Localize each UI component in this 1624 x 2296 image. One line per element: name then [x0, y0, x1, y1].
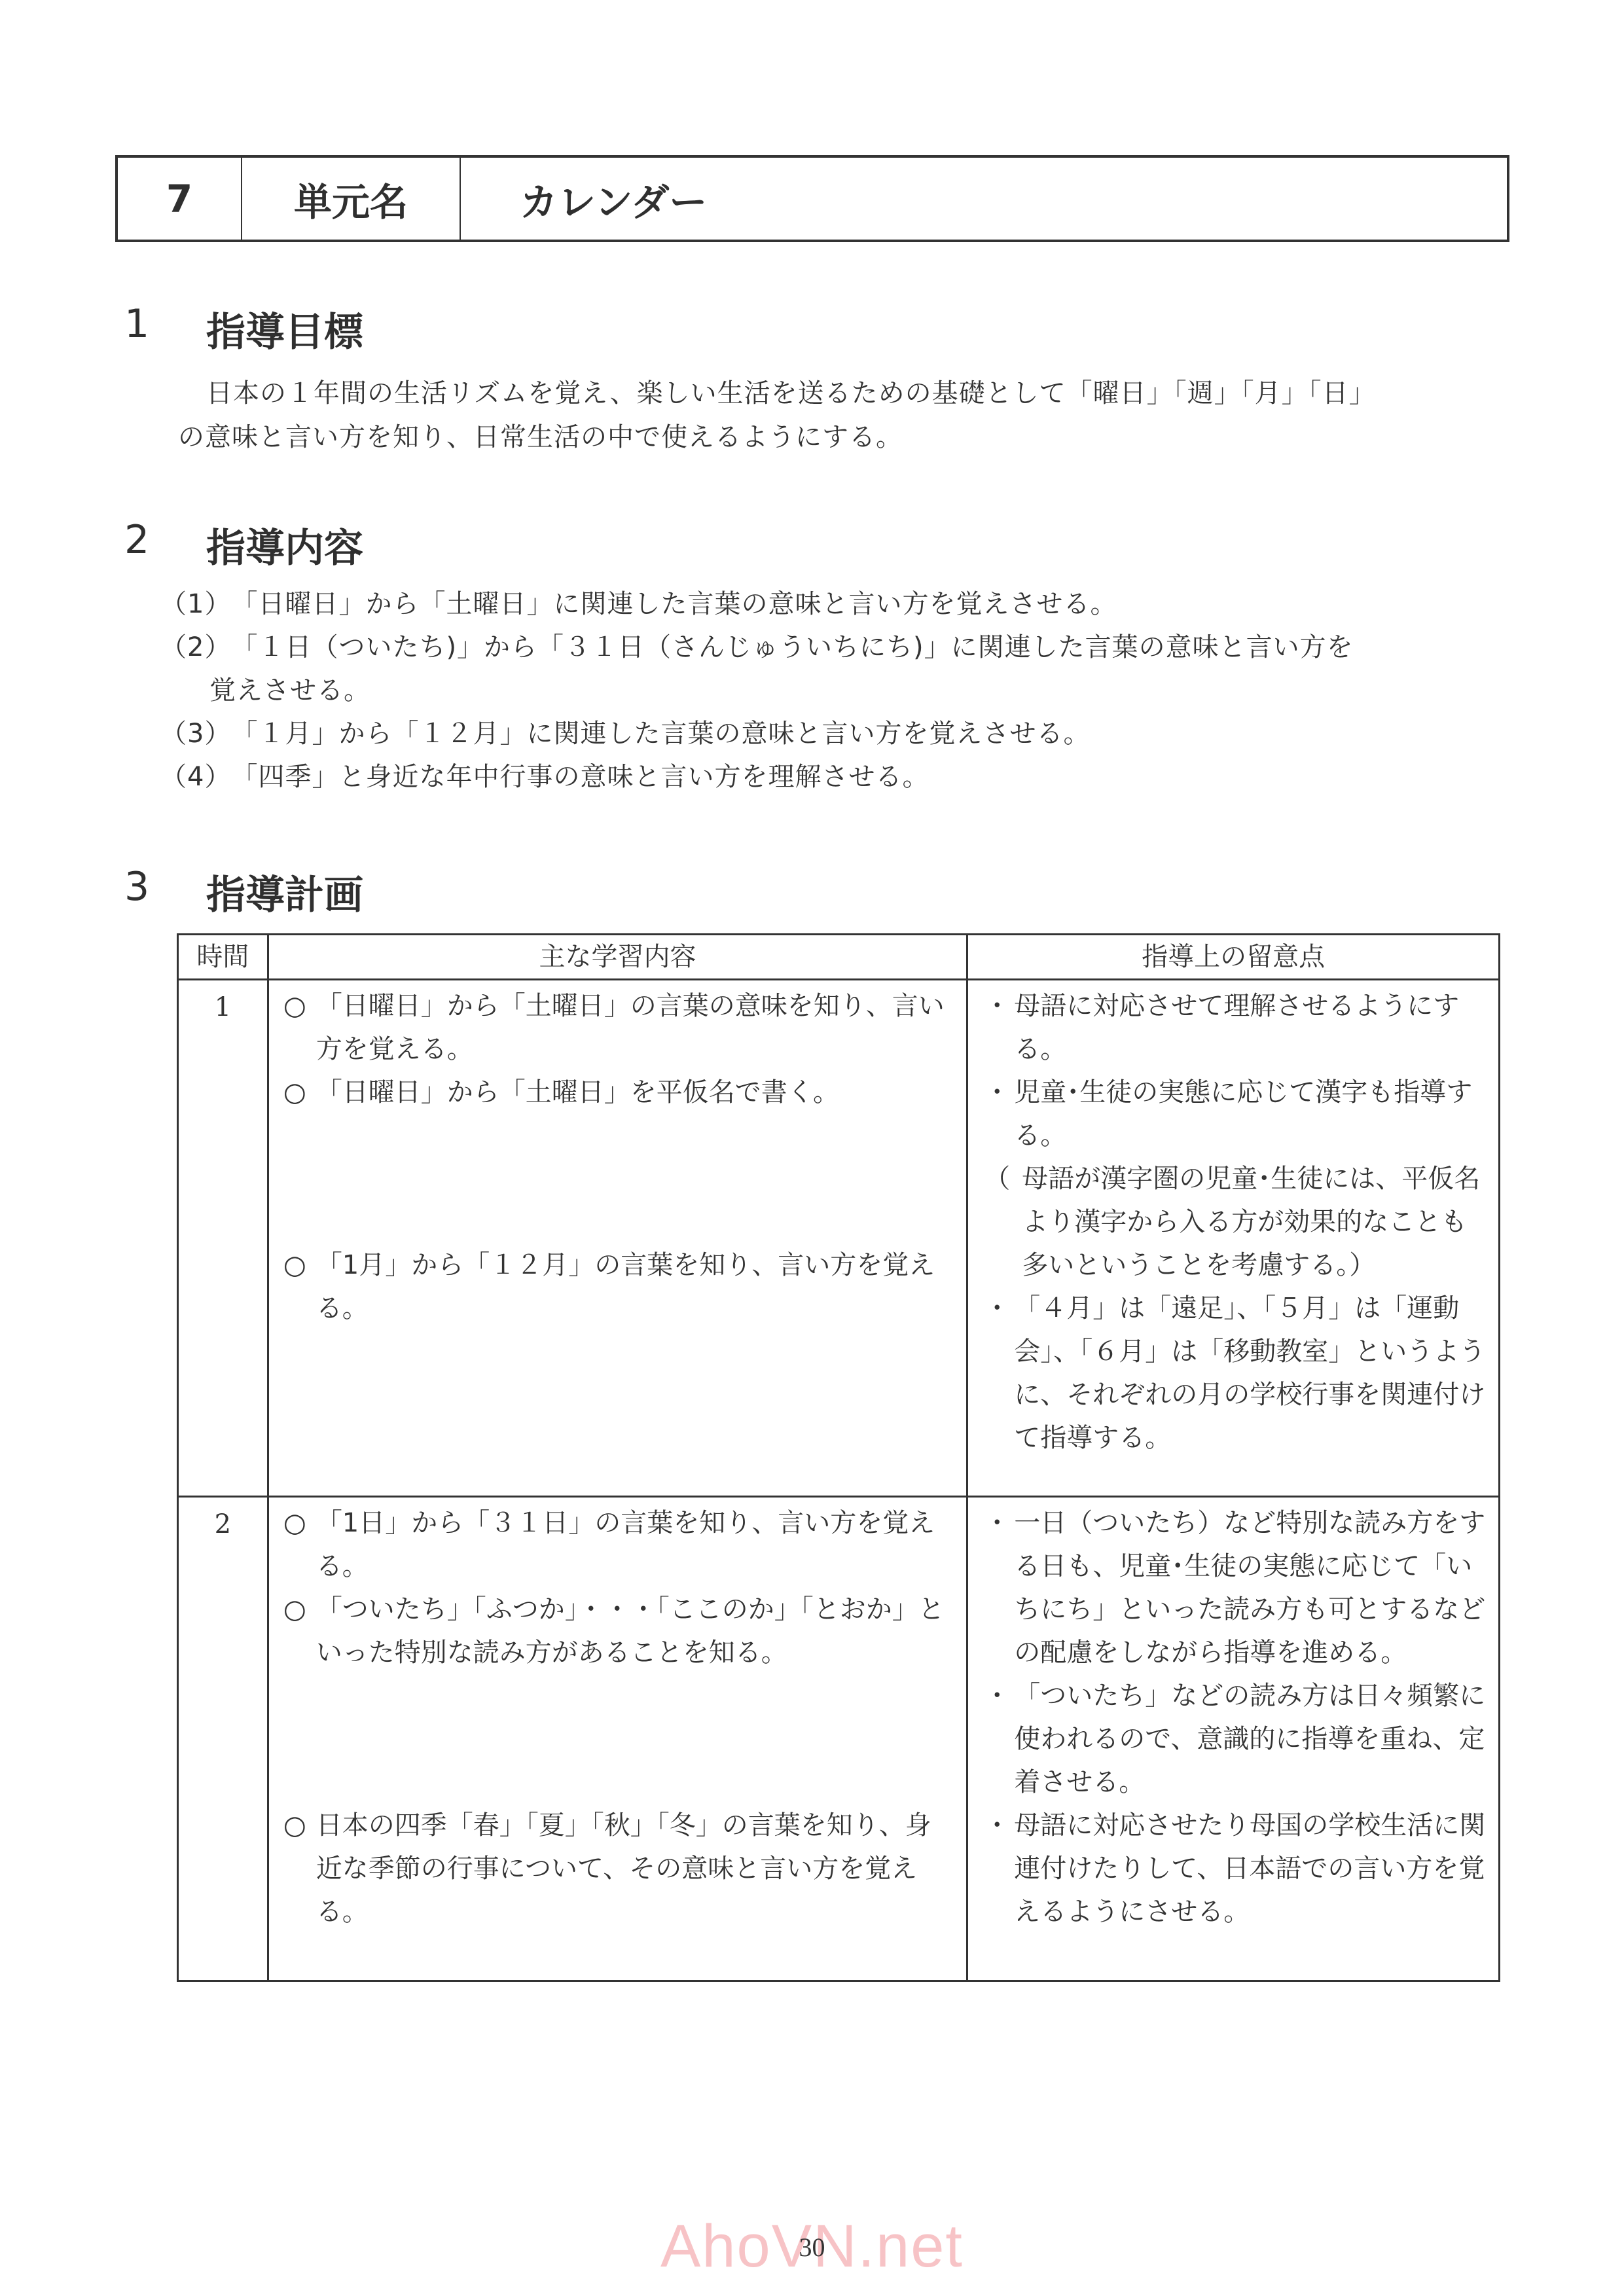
- content-cell: ○ 「1日」から「３１日」の言葉を知り、言い方を覚える。 ○ 「ついたち」「ふつ…: [268, 1497, 967, 1981]
- content-entry: ○ 「日曜日」から「土曜日」を平仮名で書く。: [283, 1071, 957, 1114]
- column-header-content: 主な学習内容: [268, 935, 967, 980]
- note-entry: ・ 児童･生徒の実態に応じて漢字も指導する。: [984, 1071, 1489, 1157]
- item-label: （4）: [160, 755, 231, 798]
- entry-text: 一日（ついたち）など特別な読み方をする日も、児童･生徒の実態に応じて「いちにち」…: [1014, 1501, 1489, 1674]
- section-title: 指導計画: [206, 864, 363, 920]
- section-heading-goals: 1 指導目標: [124, 301, 363, 357]
- column-header-notes: 指導上の留意点: [967, 935, 1500, 980]
- entry-text: 母語が漢字圏の児童･生徒には、平仮名より漢字から入る方が効果的なことも多いという…: [1014, 1157, 1489, 1287]
- circle-bullet-icon: ○: [283, 1588, 316, 1674]
- bullet-dot-icon: ・: [984, 984, 1014, 1071]
- entry-text: 「日曜日」から「土曜日」の言葉の意味を知り、言い方を覚える。: [316, 984, 957, 1071]
- note-entry: ・ 母語に対応させたり母国の学校生活に関連付けたりして、日本語での言い方を覚える…: [984, 1804, 1489, 1933]
- entry-text: 日本の四季「春」「夏」「秋」「冬」の言葉を知り、身近な季節の行事について、その意…: [316, 1804, 957, 1933]
- section-number: 3: [124, 864, 206, 920]
- entry-text: 「４月」は「遠足」、「５月」は「運動会」、「６月」は「移動教室」というように、そ…: [1014, 1287, 1489, 1460]
- content-entry: ○ 「日曜日」から「土曜日」の言葉の意味を知り、言い方を覚える。: [283, 984, 957, 1071]
- section-number: 1: [124, 301, 206, 357]
- item-text: 「１日（ついたち)」から「３１日（さんじゅういちにち)」に関連した言葉の意味と言…: [231, 626, 1515, 669]
- entry-text: 「1日」から「３１日」の言葉を知り、言い方を覚える。: [316, 1501, 957, 1588]
- item-label: （1）: [160, 583, 231, 626]
- item-text: 「１月」から「１２月」に関連した言葉の意味と言い方を覚えさせる。: [231, 712, 1515, 755]
- section-title: 指導内容: [206, 517, 363, 573]
- notes-cell: ・ 母語に対応させて理解させるようにする。 ・ 児童･生徒の実態に応じて漢字も指…: [967, 980, 1500, 1497]
- item-label: （3）: [160, 712, 231, 755]
- item-text: 「日曜日」から「土曜日」に関連した言葉の意味と言い方を覚えさせる。: [231, 583, 1515, 626]
- open-paren: （: [984, 1157, 1014, 1287]
- bullet-dot-icon: ・: [984, 1804, 1014, 1933]
- bullet-dot-icon: ・: [984, 1674, 1014, 1804]
- bullet-dot-icon: ・: [984, 1287, 1014, 1460]
- table-header-row: 時間 主な学習内容 指導上の留意点: [178, 935, 1500, 980]
- unit-name-label: 単元名: [242, 158, 461, 240]
- entry-text: 母語に対応させて理解させるようにする。: [1014, 984, 1489, 1071]
- unit-title: カレンダー: [461, 158, 1507, 240]
- bullet-dot-icon: ・: [984, 1071, 1014, 1157]
- section-number: 2: [124, 517, 206, 573]
- note-entry: ・ 一日（ついたち）など特別な読み方をする日も、児童･生徒の実態に応じて「いちに…: [984, 1501, 1489, 1674]
- entry-text: 児童･生徒の実態に応じて漢字も指導する。: [1014, 1071, 1489, 1157]
- content-entry: ○ 「ついたち」「ふつか」・・・「ここのか」「とおか」といった特別な読み方がある…: [283, 1588, 957, 1674]
- list-item: （3） 「１月」から「１２月」に関連した言葉の意味と言い方を覚えさせる。: [160, 712, 1515, 755]
- content-entry: ○ 「1日」から「３１日」の言葉を知り、言い方を覚える。: [283, 1501, 957, 1588]
- entry-text: 「ついたち」などの読み方は日々頻繁に使われるので、意識的に指導を重ね、定着させる…: [1014, 1674, 1489, 1804]
- content-entry: ○ 「1月」から「１２月」の言葉を知り、言い方を覚える。: [283, 1244, 957, 1330]
- table-row: 1 ○ 「日曜日」から「土曜日」の言葉の意味を知り、言い方を覚える。 ○ 「日曜…: [178, 980, 1500, 1497]
- item-continuation: 覚えさせる。: [160, 669, 1515, 712]
- entry-text: 「1月」から「１２月」の言葉を知り、言い方を覚える。: [316, 1244, 957, 1330]
- content-entry: ○ 日本の四季「春」「夏」「秋」「冬」の言葉を知り、身近な季節の行事について、そ…: [283, 1804, 957, 1933]
- bullet-dot-icon: ・: [984, 1501, 1014, 1674]
- page-number: 30: [0, 2232, 1624, 2263]
- note-entry-parenthetical: （ 母語が漢字圏の児童･生徒には、平仮名より漢字から入る方が効果的なことも多いと…: [984, 1157, 1489, 1287]
- section-heading-content: 2 指導内容: [124, 517, 363, 573]
- lesson-plan-table: 時間 主な学習内容 指導上の留意点 1 ○ 「日曜日」から「土曜日」の言葉の意味…: [177, 933, 1500, 1982]
- unit-header-box: 7 単元名 カレンダー: [115, 155, 1509, 242]
- circle-bullet-icon: ○: [283, 1244, 316, 1330]
- hour-cell: 1: [178, 980, 268, 1497]
- column-header-hours: 時間: [178, 935, 268, 980]
- item-text: 「四季」と身近な年中行事の意味と言い方を理解させる。: [231, 755, 1515, 798]
- circle-bullet-icon: ○: [283, 1071, 316, 1114]
- section-title: 指導目標: [206, 301, 363, 357]
- hour-cell: 2: [178, 1497, 268, 1981]
- list-item: （1） 「日曜日」から「土曜日」に関連した言葉の意味と言い方を覚えさせる。: [160, 583, 1515, 626]
- list-item: （2） 「１日（ついたち)」から「３１日（さんじゅういちにち)」に関連した言葉の…: [160, 626, 1515, 669]
- list-item: （4） 「四季」と身近な年中行事の意味と言い方を理解させる。: [160, 755, 1515, 798]
- goals-text-line-2: の意味と言い方を知り、日常生活の中で使えるようにする。: [178, 414, 903, 461]
- note-entry: ・ 「４月」は「遠足」、「５月」は「運動会」、「６月」は「移動教室」というように…: [984, 1287, 1489, 1460]
- entry-text: 「ついたち」「ふつか」・・・「ここのか」「とおか」といった特別な読み方があること…: [316, 1588, 957, 1674]
- section-heading-plan: 3 指導計画: [124, 864, 363, 920]
- circle-bullet-icon: ○: [283, 1804, 316, 1933]
- content-list: （1） 「日曜日」から「土曜日」に関連した言葉の意味と言い方を覚えさせる。 （2…: [160, 583, 1515, 798]
- circle-bullet-icon: ○: [283, 1501, 316, 1588]
- entry-text: 母語に対応させたり母国の学校生活に関連付けたりして、日本語での言い方を覚えるよう…: [1014, 1804, 1489, 1933]
- entry-text: 「日曜日」から「土曜日」を平仮名で書く。: [316, 1071, 957, 1114]
- note-entry: ・ 母語に対応させて理解させるようにする。: [984, 984, 1489, 1071]
- notes-cell: ・ 一日（ついたち）など特別な読み方をする日も、児童･生徒の実態に応じて「いちに…: [967, 1497, 1500, 1981]
- unit-number: 7: [118, 158, 242, 240]
- note-entry: ・ 「ついたち」などの読み方は日々頻繁に使われるので、意識的に指導を重ね、定着さ…: [984, 1674, 1489, 1804]
- content-cell: ○ 「日曜日」から「土曜日」の言葉の意味を知り、言い方を覚える。 ○ 「日曜日」…: [268, 980, 967, 1497]
- circle-bullet-icon: ○: [283, 984, 316, 1071]
- item-label: （2）: [160, 626, 231, 669]
- table-row: 2 ○ 「1日」から「３１日」の言葉を知り、言い方を覚える。 ○ 「ついたち」「…: [178, 1497, 1500, 1981]
- goals-text-line-1: 日本の１年間の生活リズムを覚え、楽しい生活を送るための基礎として「曜日」「週」「…: [206, 370, 1376, 417]
